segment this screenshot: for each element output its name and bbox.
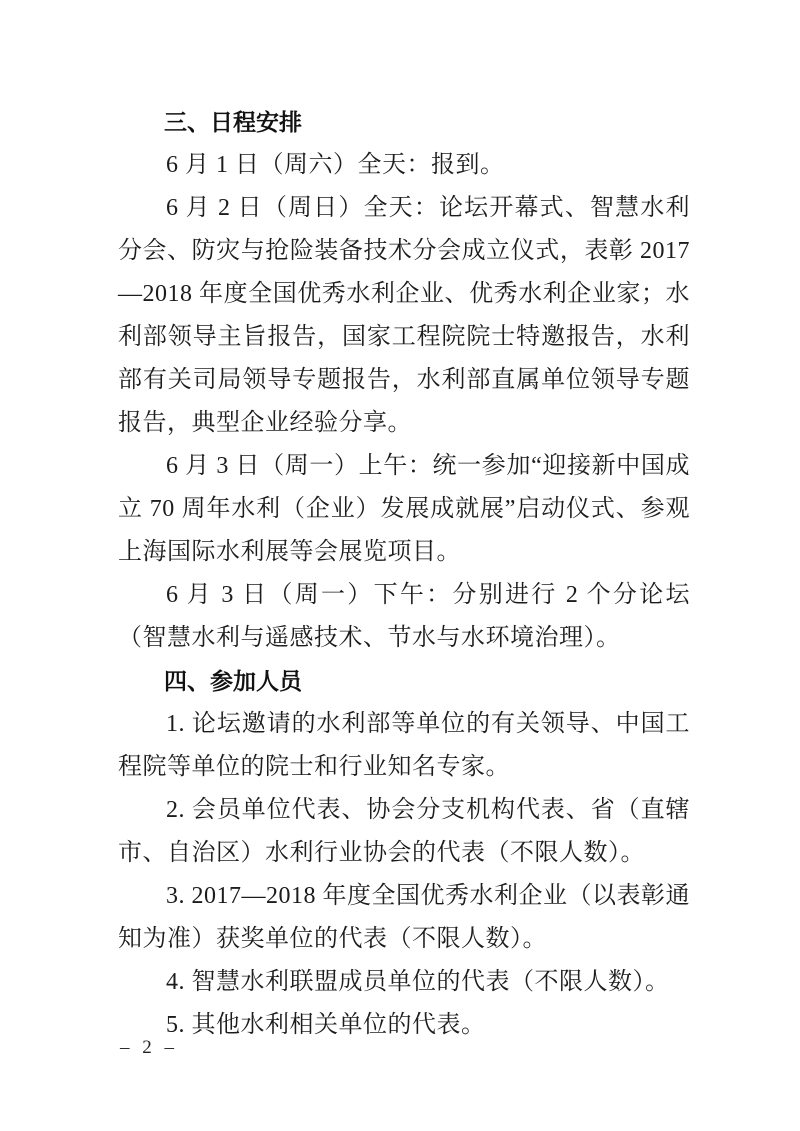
section-heading-participants: 四、参加人员 <box>118 660 690 703</box>
participants-item-5: 5. 其他水利相关单位的代表。 <box>118 1004 690 1047</box>
document-page: 三、日程安排 6 月 1 日（周六）全天：报到。 6 月 2 日（周日）全天：论… <box>0 0 800 1131</box>
schedule-paragraph-day1: 6 月 1 日（周六）全天：报到。 <box>118 144 690 187</box>
schedule-paragraph-day3-afternoon: 6 月 3 日（周一）下午：分别进行 2 个分论坛（智慧水利与遥感技术、节水与水… <box>118 574 690 660</box>
page-number: – 2 – <box>120 1036 178 1060</box>
participants-item-4: 4. 智慧水利联盟成员单位的代表（不限人数）。 <box>118 961 690 1004</box>
section-heading-schedule: 三、日程安排 <box>118 101 690 144</box>
schedule-paragraph-day2: 6 月 2 日（周日）全天：论坛开幕式、智慧水利分会、防灾与抢险装备技术分会成立… <box>118 187 690 445</box>
schedule-paragraph-day3-morning: 6 月 3 日（周一）上午：统一参加“迎接新中国成立 70 周年水利（企业）发展… <box>118 445 690 574</box>
participants-item-2: 2. 会员单位代表、协会分支机构代表、省（直辖市、自治区）水利行业协会的代表（不… <box>118 789 690 875</box>
page-content: 三、日程安排 6 月 1 日（周六）全天：报到。 6 月 2 日（周日）全天：论… <box>118 101 690 1047</box>
participants-item-1: 1. 论坛邀请的水利部等单位的有关领导、中国工程院等单位的院士和行业知名专家。 <box>118 703 690 789</box>
participants-item-3: 3. 2017—2018 年度全国优秀水利企业（以表彰通知为准）获奖单位的代表（… <box>118 875 690 961</box>
